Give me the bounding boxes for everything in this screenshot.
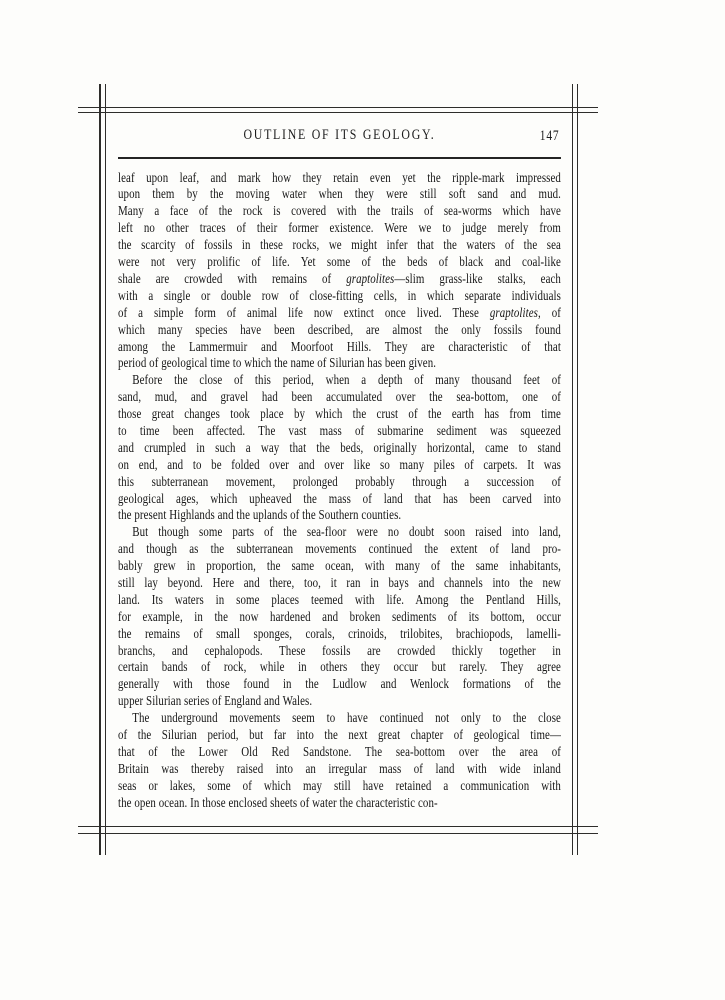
body-text: leaf upon leaf, and mark how they retain…	[118, 170, 561, 812]
text-line: Britain was thereby raised into an irreg…	[118, 761, 561, 778]
text-line: and though as the subterranean movements…	[118, 541, 561, 558]
frame-bottom-outer-rule	[78, 833, 598, 835]
text-line: seas or lakes, some of which may still h…	[118, 778, 561, 795]
header-title: OUTLINE OF ITS GEOLOGY.	[118, 127, 561, 144]
frame-right-outer-rule	[577, 84, 579, 855]
text-line: which many species have been described, …	[118, 322, 561, 339]
text-line: were not very prolific of life. Yet some…	[118, 254, 561, 271]
text-line: Before the close of this period, when a …	[118, 372, 561, 389]
text-line: the scarcity of fossils in these rocks, …	[118, 237, 561, 254]
text-line: shale are crowded with remains of grapto…	[118, 271, 561, 288]
text-line: leaf upon leaf, and mark how they retain…	[118, 170, 561, 187]
text-line: of the Silurian period, but far into the…	[118, 727, 561, 744]
text-line: the present Highlands and the uplands of…	[118, 507, 561, 524]
text-line: The underground movements seem to have c…	[118, 710, 561, 727]
text-line: those great changes took place by which …	[118, 406, 561, 423]
text-line: the open ocean. In those enclosed sheets…	[118, 795, 561, 812]
text-line: and crumpled in such a way that the beds…	[118, 440, 561, 457]
text-column: OUTLINE OF ITS GEOLOGY. 147 leaf upon le…	[118, 127, 561, 811]
book-page: OUTLINE OF ITS GEOLOGY. 147 leaf upon le…	[0, 0, 725, 1000]
text-line: still lay beyond. Here and there, too, i…	[118, 575, 561, 592]
text-line: land. Its waters in some places teemed w…	[118, 592, 561, 609]
text-line: with a single or double row of close-fit…	[118, 288, 561, 305]
text-line: of a simple form of animal life now exti…	[118, 305, 561, 322]
text-line: to time been affected. The vast mass of …	[118, 423, 561, 440]
text-line: bably grew in proportion, the same ocean…	[118, 558, 561, 575]
text-line: on end, and to be folded over and over l…	[118, 457, 561, 474]
text-line: But though some parts of the sea-floor w…	[118, 524, 561, 541]
text-line: branchs, and cephalopods. These fossils …	[118, 643, 561, 660]
text-line: upon them by the moving water when they …	[118, 186, 561, 203]
text-line: Many a face of the rock is covered with …	[118, 203, 561, 220]
text-line: certain bands of rock, while in others t…	[118, 659, 561, 676]
text-line: for example, in the now hardened and bro…	[118, 609, 561, 626]
frame-left-outer-rule	[99, 84, 101, 855]
frame-right-inner-rule	[572, 84, 574, 855]
frame-left-inner-rule	[105, 84, 107, 855]
header-rule	[118, 157, 561, 159]
text-line: period of geological time to which the n…	[118, 355, 561, 372]
text-line: generally with those found in the Ludlow…	[118, 676, 561, 693]
text-line: that of the Lower Old Red Sandstone. The…	[118, 744, 561, 761]
frame-top-outer-rule	[78, 107, 598, 109]
frame-bottom-inner-rule	[78, 826, 598, 828]
text-line: this subterranean movement, prolonged pr…	[118, 474, 561, 491]
text-line: geological ages, which upheaved the mass…	[118, 491, 561, 508]
text-line: upper Silurian series of England and Wal…	[118, 693, 561, 710]
running-head: OUTLINE OF ITS GEOLOGY. 147	[118, 127, 561, 148]
text-line: left no other traces of their former exi…	[118, 220, 561, 237]
text-line: among the Lammermuir and Moorfoot Hills.…	[118, 339, 561, 356]
text-line: sand, mud, and gravel had been accumulat…	[118, 389, 561, 406]
page-number: 147	[540, 128, 560, 145]
text-line: the remains of small sponges, corals, cr…	[118, 626, 561, 643]
frame-top-inner-rule	[78, 112, 598, 114]
